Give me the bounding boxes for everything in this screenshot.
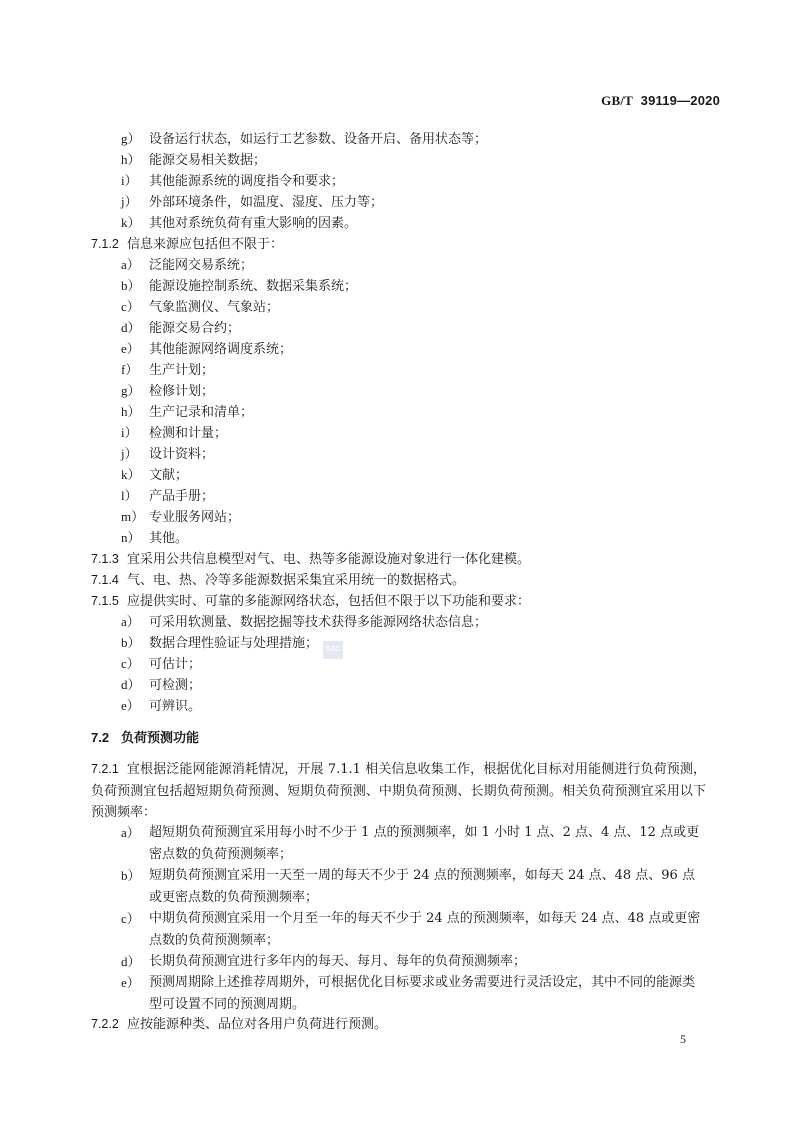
list-item: a）泛能网交易系统；	[121, 257, 253, 274]
sac-watermark: SAC	[323, 641, 343, 659]
clause-7-2-1: 7.2.1宜根据泛能网能源消耗情况，开展 7.1.1 相关信息收集工作，根据优化…	[91, 759, 706, 824]
list-item: j）外部环境条件，如温度、湿度、压力等；	[121, 194, 383, 211]
list-item: k）其他对系统负荷有重大影响的因素。	[121, 215, 357, 232]
list-item: a）可采用软测量、数据挖掘等技术获得多能源网络状态信息；	[121, 614, 487, 631]
list-item: d）能源交易合约；	[121, 320, 240, 337]
page-number: 5	[680, 1032, 686, 1047]
list-item: b）数据合理性验证与处理措施；	[121, 635, 318, 652]
clause-7-1-3: 7.1.3宜采用公共信息模型对气、电、热等多能源设施对象进行一体化建模。	[91, 551, 530, 568]
standard-code-header: GB/T 39119—2020	[601, 93, 720, 109]
list-item: m）专业服务网站；	[121, 509, 240, 526]
list-item: i）检测和计量；	[121, 425, 227, 442]
list-item: d）长期负荷预测宜进行多年内的每天、每月、每年的负荷预测频率；	[149, 951, 706, 973]
list-item: b）短期负荷预测宜采用一天至一周的每天不少于 24 点的预测频率，如每天 24 …	[149, 865, 706, 908]
list-item: d）可检测；	[121, 677, 201, 694]
list-item: b）能源设施控制系统、数据采集系统；	[121, 278, 357, 295]
list-item: l）产品手册；	[121, 488, 214, 505]
list-item: c）气象监测仪、气象站；	[121, 299, 279, 316]
list-item: n）其他。	[121, 530, 188, 547]
section-heading-7-2: 7.2负荷预测功能	[91, 730, 199, 746]
list-item: e）其他能源网络调度系统；	[121, 341, 292, 358]
list-item: h）能源交易相关数据；	[121, 152, 266, 169]
list-item: e）预测周期除上述推荐周期外，可根据优化目标要求或业务需要进行灵活设定，其中不同…	[149, 972, 706, 1015]
standard-prefix: GB/T	[601, 93, 633, 108]
list-item: k）文献；	[121, 467, 188, 484]
clause-7-2-2: 7.2.2应按能源种类、品位对各用户负荷进行预测。	[91, 1016, 387, 1033]
list-item: a）超短期负荷预测宜采用每小时不少于 1 点的预测频率，如 1 小时 1 点、2…	[149, 822, 706, 865]
list-item: e）可辨识。	[121, 698, 201, 715]
clause-7-1-4: 7.1.4气、电、热、冷等多能源数据采集宜采用统一的数据格式。	[91, 572, 465, 589]
list-item: h）生产记录和清单；	[121, 404, 253, 421]
list-item: g）设备运行状态，如运行工艺参数、设备开启、备用状态等；	[121, 131, 487, 148]
standard-number: 39119—2020	[641, 93, 720, 108]
list-item: c）中期负荷预测宜采用一个月至一年的每天不少于 24 点的预测频率，如每天 24…	[149, 908, 706, 951]
list-item: i）其他能源系统的调度指令和要求；	[121, 173, 344, 190]
clause-7-1-2: 7.1.2信息来源应包括但不限于：	[91, 236, 283, 253]
list-item: f）生产计划；	[121, 362, 214, 379]
list-item: g）检修计划；	[121, 383, 214, 400]
list-item: j）设计资料；	[121, 446, 214, 463]
list-item: c）可估计；	[121, 656, 201, 673]
clause-7-1-5: 7.1.5应提供实时、可靠的多能源网络状态，包括但不限于以下功能和要求：	[91, 593, 530, 610]
